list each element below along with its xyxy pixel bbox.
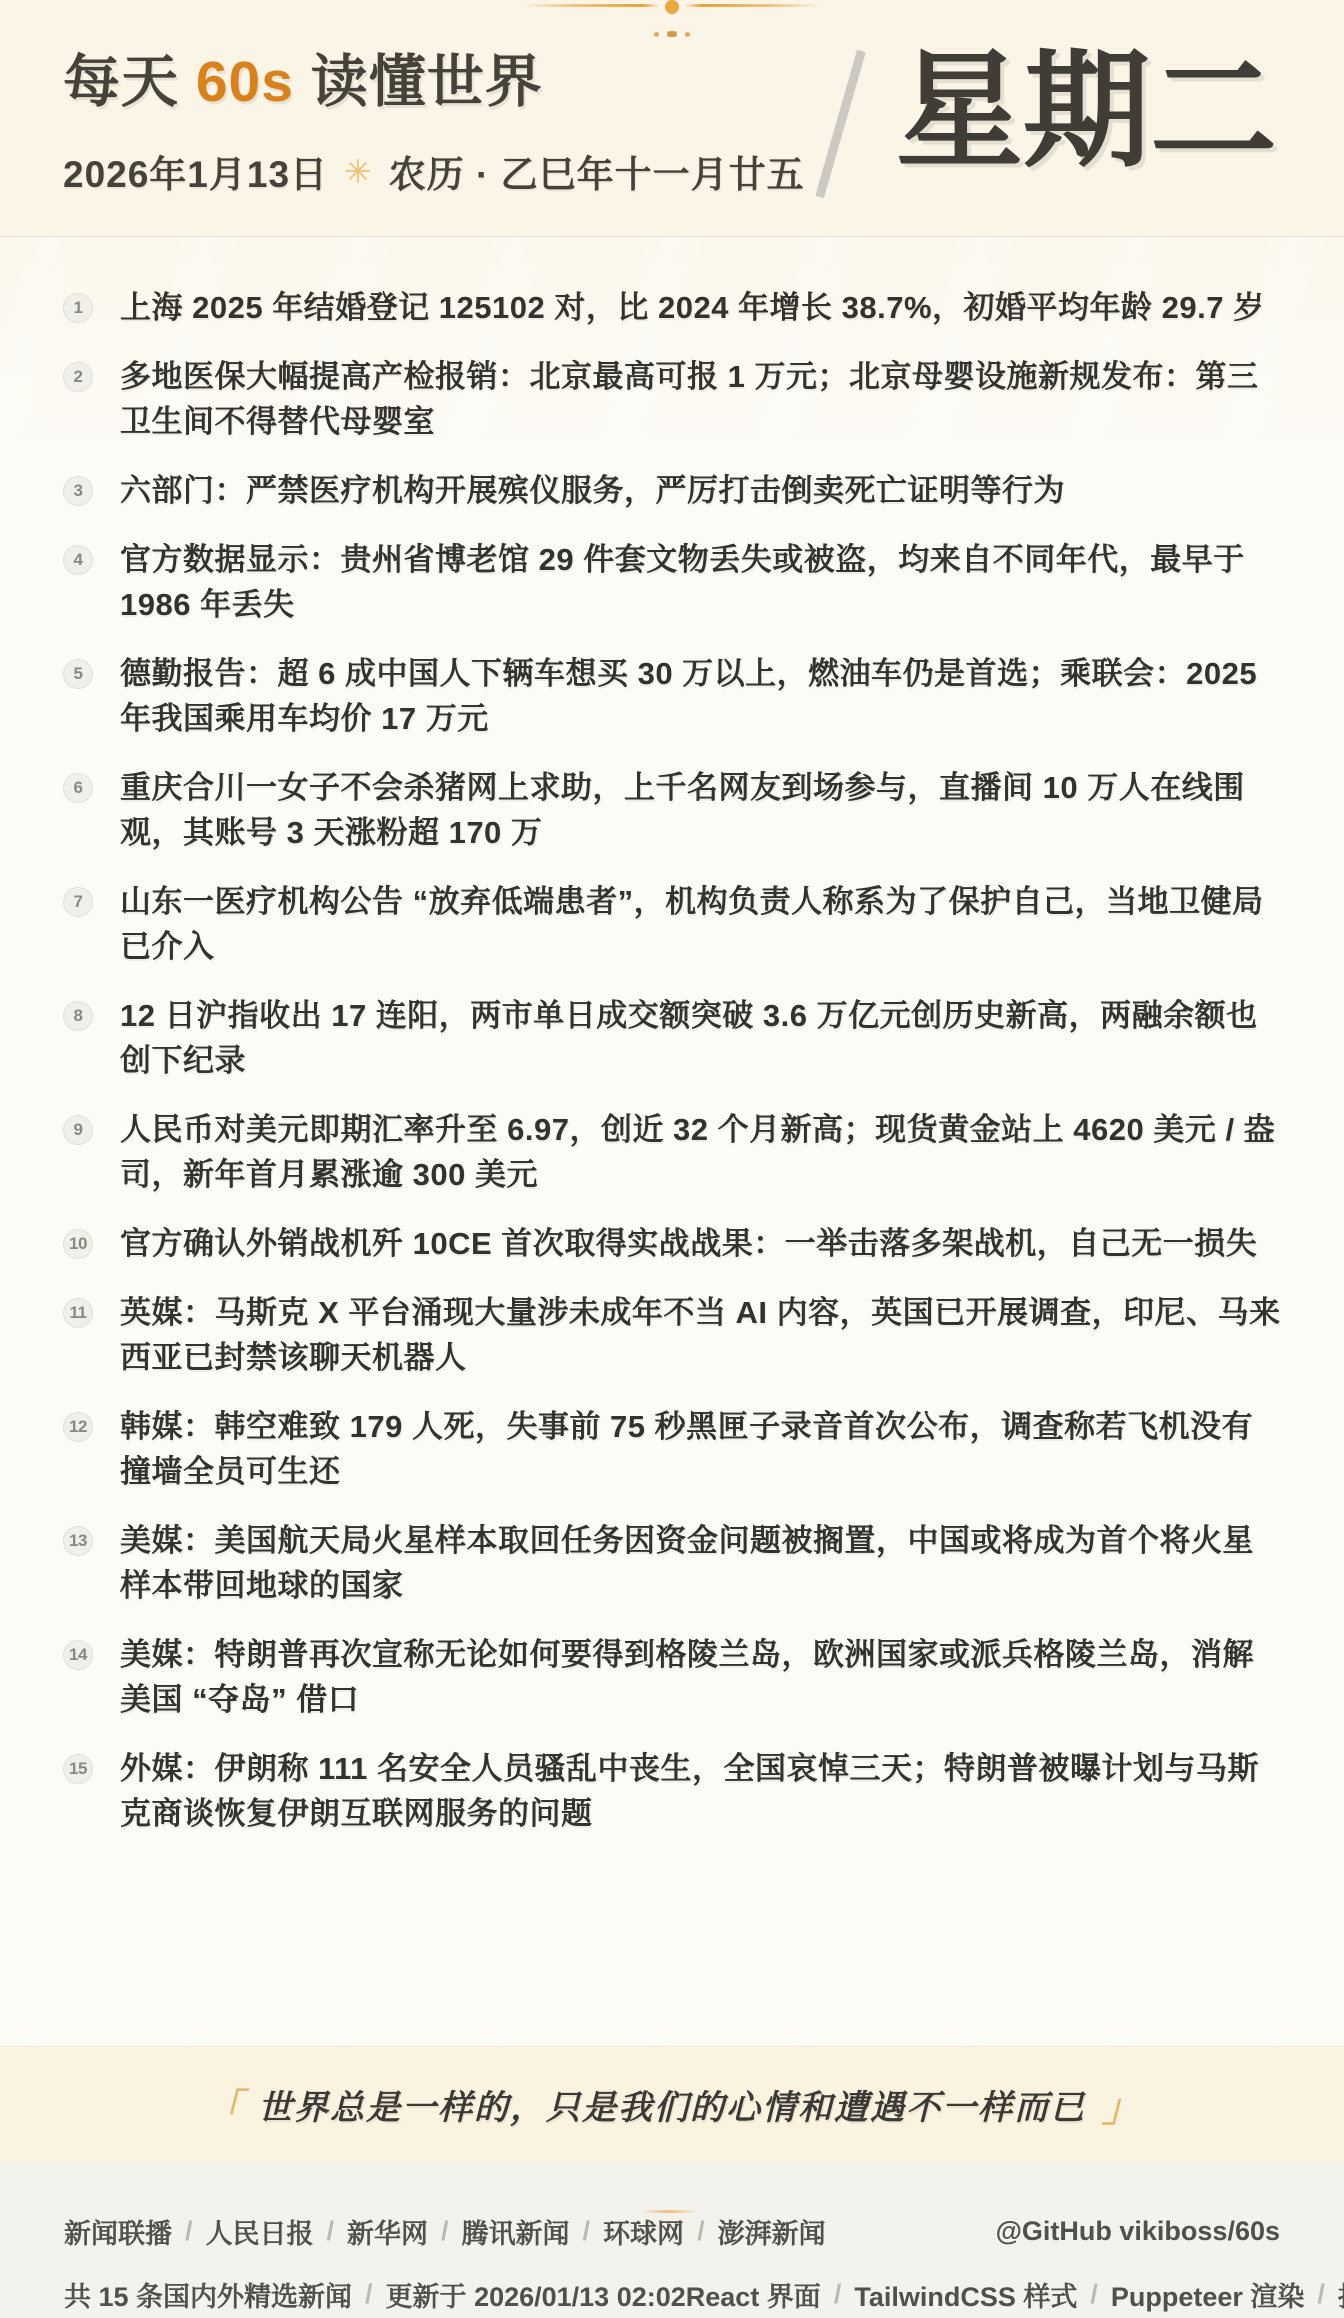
footer-row-meta: 共 15 条国内外精选新闻 / 更新于 2026/01/13 02:02 Rea… xyxy=(64,2275,1280,2314)
item-number-badge: 15 xyxy=(63,1754,93,1784)
footer: 新闻联播 / 人民日报 / 新华网 / 腾讯新闻 / 环球网 / 澎湃新闻 @G… xyxy=(0,2162,1344,2318)
asterisk-icon: ✳ xyxy=(344,152,373,191)
news-item: 14 美媒：特朗普再次宣称无论如何要得到格陵兰岛，欧洲国家或派兵格陵兰岛，消解美… xyxy=(63,1632,1282,1722)
news-text: 山东一医疗机构公告 “放弃低端患者”，机构负责人称系为了保护自己，当地卫健局已介… xyxy=(120,879,1282,969)
separator: / xyxy=(441,2216,449,2247)
news-text: 12 日沪指收出 17 连阳，两市单日成交额突破 3.6 万亿元创历史新高，两融… xyxy=(120,993,1282,1083)
tech-item: React 界面 xyxy=(686,2275,821,2314)
item-number-badge: 2 xyxy=(63,362,93,392)
item-number-badge: 11 xyxy=(63,1298,93,1328)
separator: / xyxy=(1090,2279,1098,2310)
news-text: 官方数据显示：贵州省博老馆 29 件套文物丢失或被盗，均来自不同年代，最早于 1… xyxy=(120,537,1282,627)
source-item: 腾讯新闻 xyxy=(462,2212,570,2251)
quote-text: 世界总是一样的，只是我们的心情和遭遇不一样而已 xyxy=(258,2080,1086,2129)
item-number-badge: 7 xyxy=(63,887,93,917)
item-number-badge: 5 xyxy=(63,659,93,689)
footer-ornament-line xyxy=(640,2210,698,2213)
quote-section: 「 世界总是一样的，只是我们的心情和遭遇不一样而已 」 xyxy=(0,2046,1344,2162)
weekday: 星期二 xyxy=(896,34,1288,189)
quote-open-bracket: 「 xyxy=(204,2077,242,2132)
item-number-badge: 3 xyxy=(63,476,93,506)
quote-close-bracket: 」 xyxy=(1102,2077,1140,2132)
item-number-badge: 12 xyxy=(63,1412,93,1442)
news-card-page: 每天 60s 读懂世界 2026年1月13日 ✳ 农历 · 乙巳年十一月廿五 星… xyxy=(0,0,1344,2318)
news-item: 7 山东一医疗机构公告 “放弃低端患者”，机构负责人称系为了保护自己，当地卫健局… xyxy=(63,879,1282,969)
source-item: 澎湃新闻 xyxy=(718,2212,826,2251)
news-text: 韩媒：韩空难致 179 人死，失事前 75 秒黑匣子录音首次公布，调查称若飞机没… xyxy=(120,1404,1282,1494)
news-item: 13 美媒：美国航天局火星样本取回任务因资金问题被搁置，中国或将成为首个将火星样… xyxy=(63,1518,1282,1608)
header: 每天 60s 读懂世界 2026年1月13日 ✳ 农历 · 乙巳年十一月廿五 星… xyxy=(0,0,1344,237)
separator: / xyxy=(583,2216,591,2247)
source-item: 环球网 xyxy=(603,2212,684,2251)
item-number-badge: 8 xyxy=(63,1001,93,1031)
separator: / xyxy=(185,2216,193,2247)
title-suffix: 读懂世界 xyxy=(294,50,543,114)
tech-stack: React 界面 / TailwindCSS 样式 / Puppeteer 渲染… xyxy=(686,2275,1344,2314)
item-number-badge: 10 xyxy=(63,1229,93,1259)
source-item: 新闻联播 xyxy=(64,2212,172,2251)
news-text: 重庆合川一女子不会杀猪网上求助，上千名网友到场参与，直播间 10 万人在线围观，… xyxy=(120,765,1282,855)
date-line: 2026年1月13日 ✳ 农历 · 乙巳年十一月廿五 xyxy=(63,144,805,198)
news-item: 4 官方数据显示：贵州省博老馆 29 件套文物丢失或被盗，均来自不同年代，最早于… xyxy=(63,537,1282,627)
source-item: 人民日报 xyxy=(206,2212,314,2251)
news-text: 六部门：严禁医疗机构开展殡仪服务，严厉打击倒卖死亡证明等行为 xyxy=(120,468,1065,513)
github-credit: @GitHub vikiboss/60s xyxy=(996,2216,1280,2247)
source-item: 新华网 xyxy=(347,2212,428,2251)
news-item: 2 多地医保大幅提高产检报销：北京最高可报 1 万元；北京母婴设施新规发布：第三… xyxy=(63,354,1282,444)
news-text: 上海 2025 年结婚登记 125102 对，比 2024 年增长 38.7%，… xyxy=(120,285,1265,330)
news-count: 共 15 条国内外精选新闻 xyxy=(64,2275,352,2314)
separator: / xyxy=(697,2216,705,2247)
title-prefix: 每天 xyxy=(63,50,196,114)
news-item: 11 英媒：马斯克 X 平台涌现大量涉未成年不当 AI 内容，英国已开展调查，印… xyxy=(63,1290,1282,1380)
news-text: 美媒：特朗普再次宣称无论如何要得到格陵兰岛，欧洲国家或派兵格陵兰岛，消解美国 “… xyxy=(120,1632,1282,1722)
updated-at: 更新于 2026/01/13 02:02 xyxy=(386,2275,686,2314)
news-item: 9 人民币对美元即期汇率升至 6.97，创近 32 个月新高；现货黄金站上 46… xyxy=(63,1107,1282,1197)
separator: / xyxy=(365,2279,373,2310)
tech-item: Puppeteer 渲染 xyxy=(1111,2275,1305,2314)
news-text: 美媒：美国航天局火星样本取回任务因资金问题被搁置，中国或将成为首个将火星样本带回… xyxy=(120,1518,1282,1608)
slash-divider xyxy=(815,50,866,199)
news-text: 多地医保大幅提高产检报销：北京最高可报 1 万元；北京母婴设施新规发布：第三卫生… xyxy=(120,354,1282,444)
item-number-badge: 4 xyxy=(63,545,93,575)
news-text: 德勤报告：超 6 成中国人下辆车想买 30 万以上，燃油车仍是首选；乘联会：20… xyxy=(120,651,1282,741)
page-title: 每天 60s 读懂世界 xyxy=(63,36,805,118)
title-accent-60s: 60s xyxy=(196,50,294,114)
item-number-badge: 6 xyxy=(63,773,93,803)
item-number-badge: 14 xyxy=(63,1640,93,1670)
item-number-badge: 9 xyxy=(63,1115,93,1145)
news-item: 3 六部门：严禁医疗机构开展殡仪服务，严厉打击倒卖死亡证明等行为 xyxy=(63,468,1282,513)
tech-item: 抖音美好体 xyxy=(1338,2275,1344,2314)
item-number-badge: 1 xyxy=(63,293,93,323)
news-item: 12 韩媒：韩空难致 179 人死，失事前 75 秒黑匣子录音首次公布，调查称若… xyxy=(63,1404,1282,1494)
header-left: 每天 60s 读懂世界 2026年1月13日 ✳ 农历 · 乙巳年十一月廿五 xyxy=(63,36,805,198)
news-list: 1 上海 2025 年结婚登记 125102 对，比 2024 年增长 38.7… xyxy=(0,237,1344,1836)
news-text: 官方确认外销战机歼 10CE 首次取得实战战果：一举击落多架战机，自己无一损失 xyxy=(120,1221,1257,1266)
gregorian-date: 2026年1月13日 xyxy=(63,144,328,198)
news-item: 1 上海 2025 年结婚登记 125102 对，比 2024 年增长 38.7… xyxy=(63,285,1282,330)
news-item: 5 德勤报告：超 6 成中国人下辆车想买 30 万以上，燃油车仍是首选；乘联会：… xyxy=(63,651,1282,741)
news-item: 15 外媒：伊朗称 111 名安全人员骚乱中丧生，全国哀悼三天；特朗普被曝计划与… xyxy=(63,1746,1282,1836)
news-text: 外媒：伊朗称 111 名安全人员骚乱中丧生，全国哀悼三天；特朗普被曝计划与马斯克… xyxy=(120,1746,1282,1836)
separator: / xyxy=(327,2216,335,2247)
news-item: 10 官方确认外销战机歼 10CE 首次取得实战战果：一举击落多架战机，自己无一… xyxy=(63,1221,1282,1266)
source-list: 新闻联播 / 人民日报 / 新华网 / 腾讯新闻 / 环球网 / 澎湃新闻 xyxy=(64,2212,826,2251)
lunar-date: 农历 · 乙巳年十一月廿五 xyxy=(389,144,805,198)
separator: / xyxy=(834,2279,842,2310)
news-item: 6 重庆合川一女子不会杀猪网上求助，上千名网友到场参与，直播间 10 万人在线围… xyxy=(63,765,1282,855)
news-item: 8 12 日沪指收出 17 连阳，两市单日成交额突破 3.6 万亿元创历史新高，… xyxy=(63,993,1282,1083)
separator: / xyxy=(1317,2279,1325,2310)
tech-item: TailwindCSS 样式 xyxy=(854,2275,1077,2314)
meta-info: 共 15 条国内外精选新闻 / 更新于 2026/01/13 02:02 xyxy=(64,2275,686,2314)
ornament-dot-icon xyxy=(665,0,679,14)
item-number-badge: 13 xyxy=(63,1526,93,1556)
news-text: 英媒：马斯克 X 平台涌现大量涉未成年不当 AI 内容，英国已开展调查，印尼、马… xyxy=(120,1290,1282,1380)
footer-row-sources: 新闻联播 / 人民日报 / 新华网 / 腾讯新闻 / 环球网 / 澎湃新闻 @G… xyxy=(64,2212,1280,2251)
news-text: 人民币对美元即期汇率升至 6.97，创近 32 个月新高；现货黄金站上 4620… xyxy=(120,1107,1282,1197)
